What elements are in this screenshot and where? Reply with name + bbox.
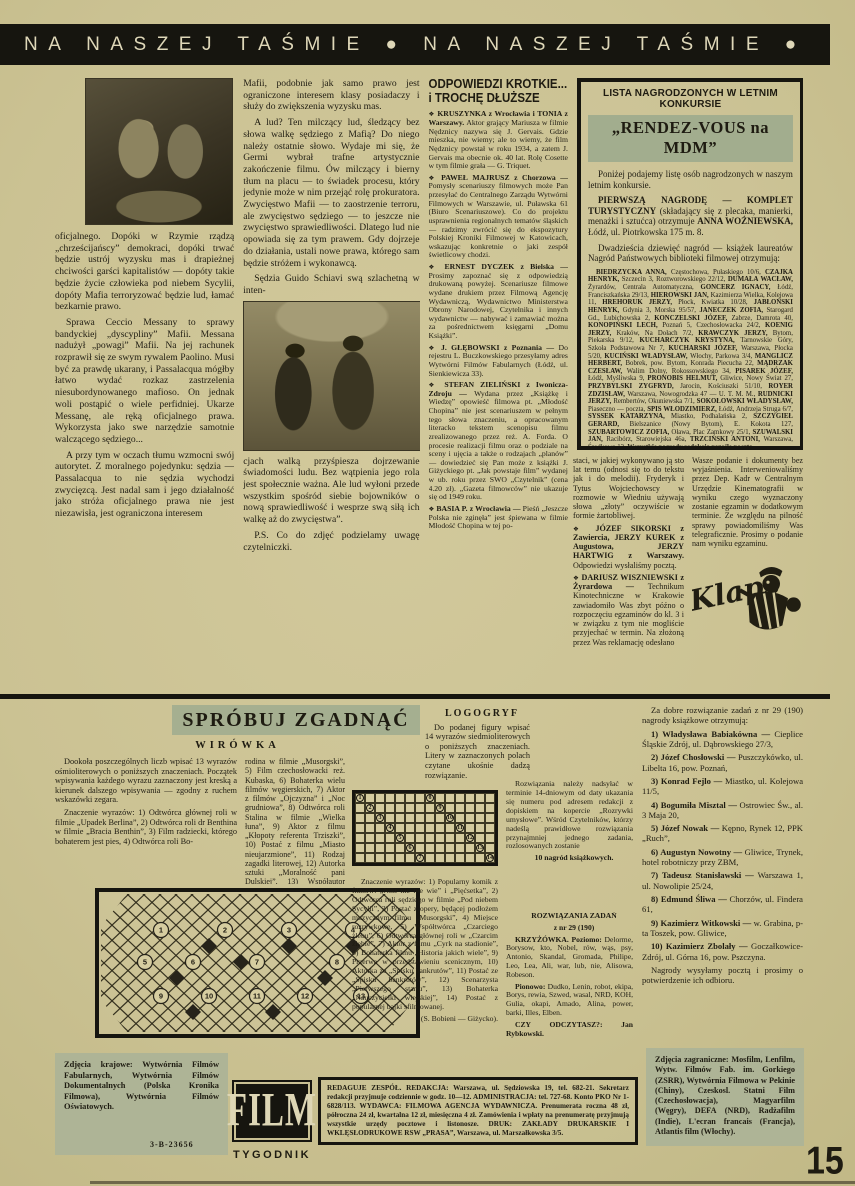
logogryf-cell [435,853,445,863]
answer-reader-name: KRUSZYNKA z Wrocławia i TONIA z Warszawy… [429,109,568,127]
klaps-stamp-illustration: Klaps [692,553,803,645]
logogryf-clues: Znaczenie wyrazów: 1) Popularny komik z … [352,878,498,1044]
logogryf-cell [375,793,385,803]
logogryf-cell [375,843,385,853]
answer-bullet-icon: ❖ [429,264,445,271]
puzzle-winner: 5) Józef Nowak — Kępno, Rynek 12, PPK „R… [642,823,803,844]
logogryf-cell: 8 [425,793,435,803]
logogryf-cell-number: 14 [486,854,494,862]
logogryf-cell [445,803,455,813]
logogryf-cell [415,833,425,843]
logogryf-cell: 9 [435,803,445,813]
puzzle-winner-name: 7) Tadeusz Stanisławski — [651,870,758,880]
logogryf-cell [455,813,465,823]
logogryf-cell [465,843,475,853]
puzzle-winner: 2) Józef Chosłowski — Puszczykówko, ul. … [642,752,803,773]
logogryf-cell [425,853,435,863]
answer-bullet-icon: ❖ [573,526,596,533]
logogryf-cell [415,793,425,803]
logogryf-cell-number: 6 [406,844,414,852]
logogryf-cell [485,803,495,813]
logogryf-cell [395,803,405,813]
logogryf-cell-number: 4 [386,824,394,832]
logogryf-cell [455,793,465,803]
puzzle-winner: 7) Tadeusz Stanisławski — Warszawa 1, ul… [642,870,803,891]
logogryf-cell-number: 12 [466,834,474,842]
logogryf-cell: 13 [475,843,485,853]
logogryf-cell-number: 2 [366,804,374,812]
logogryf-cell: 1 [355,793,365,803]
logogryf-cell [475,823,485,833]
logogryf-cell: 12 [465,833,475,843]
film-masthead: FILM TYGODNIK [232,1080,312,1161]
logogryf-cell [365,833,375,843]
article-paragraph: P.S. Co do zdjęć podzielamy uwagę czytel… [243,530,419,553]
winner-name: GONCERZ IGNACY, [701,284,778,291]
logogryf-cell [385,853,395,863]
logogryf-cell [435,843,445,853]
logogryf-cell [425,843,435,853]
logogryf-cell [365,843,375,853]
logogryf-cell: 3 [375,813,385,823]
contest-box-title: LISTA NAGRODZONYCH W LETNIM KONKURSIE [588,88,793,110]
logogryf-title: LOGOGRYF [425,708,530,720]
logogryf-cell [445,833,455,843]
logogryf-cell-number: 11 [456,824,464,832]
svg-text:12: 12 [301,992,309,1001]
logogryf-author: (S. Bobieni — Giżycko). [352,1015,498,1024]
svg-text:10: 10 [205,992,213,1001]
logogryf-cell [375,853,385,863]
logogryf-cell [445,793,455,803]
svg-text:7: 7 [255,958,259,967]
answer-reader-name: BASIA P. z Wrocławia — [436,504,522,513]
wirowka-instructions: Dookoła poszczególnych liczb wpisać 13 w… [55,757,237,884]
answer-bullet-icon: ❖ [429,175,442,182]
logogryf-cell [355,853,365,863]
logogryf-cell [475,833,485,843]
answers-column: ODPOWIEDZI KRÓTKIE... i TROCHĘ DŁUŻSZE ❖… [429,78,568,692]
logogryf-cell: 2 [365,803,375,813]
answer-item: ❖ JÓZEF SIKORSKI z Zawiercia, JERZY KURE… [573,524,684,570]
logogryf-cell [385,843,395,853]
logogryf-cell [385,803,395,813]
svg-text:1: 1 [159,926,163,935]
winner-name: KONOPIŃSKI LECH, [588,322,662,329]
answer-item: staci, w jakiej wykonywano ją sto lat te… [573,456,684,521]
logogryf-cell-number: 5 [396,834,404,842]
logogryf-cell [425,803,435,813]
logogryf-cell: 10 [445,813,455,823]
logogryf-cell [375,823,385,833]
logogryf-cell [485,823,495,833]
logogryf-cell: 14 [485,853,495,863]
logogryf-cell [475,803,485,813]
puzzle-winner: 8) Edmund Śliwa — Chorzów, ul. Findera 6… [642,894,803,915]
logogryf-cell [485,813,495,823]
puzzle-winners-intro: Za dobre rozwiązanie zadań z nr 29 (190)… [642,705,803,726]
winner-name: PRZYBYLSKI ZYGFRYD, [588,383,680,390]
logogryf-cell [425,833,435,843]
contest-first-prize: PIERWSZĄ NAGRODĘ — KOMPLET TURYSTYCZNY (… [588,195,793,237]
answers-continuation: staci, w jakiej wykonywano ją sto lat te… [573,456,803,692]
svg-text:5: 5 [143,958,147,967]
solutions-column: ROZWIĄZANIA ZADAŃ z nr 29 (190) KRZYŻÓWK… [506,912,633,1045]
logogryf-cell [425,823,435,833]
winner-name: SOKOŁOWSKI WŁADYSŁAW, [697,398,793,405]
magazine-page: NA NASZEJ TAŚMIE ● NA NASZEJ TAŚMIE ● of… [0,0,855,1186]
contest-winners-list: BIEDRZYCKA ANNA, Częstochowa, Pułaskiego… [588,269,793,450]
answer-reader-name: DARIUSZ WISZNIEWSKI z Żyrardowa — [573,573,684,591]
logogryf-cell-number: 13 [476,844,484,852]
svg-text:3: 3 [287,926,291,935]
page-number: 15 [806,1139,844,1184]
article-paragraph: cjach walką przyśpiesza dojrzewanie świa… [243,456,419,526]
svg-text:9: 9 [159,992,163,1001]
logogryf-cell [475,853,485,863]
solution-czy-odczytasz: CZY ODCZYTASZ?: Jan Rybkowski. [506,1021,633,1039]
logogryf-cell [365,853,375,863]
logogryf-cell-number: 1 [356,794,364,802]
logogryf-cell [355,813,365,823]
logogryf-cell [405,793,415,803]
winner-name: KUCHARSKI JÓZEF, [669,345,742,352]
puzzle-winner: 3) Konrad Fejlo — Miastko, ul. Kolejowa … [642,776,803,797]
photo-film-scene-cafe [85,78,233,225]
solutions-subtitle: z nr 29 (190) [506,924,633,933]
logogryf-cell [385,813,395,823]
wirowka-clues-part1: Znaczenie wyrazów: 1) Odtwórca głównej r… [55,808,237,846]
winner-name: KONCZELSKI JÓZEF, [654,315,731,322]
logogryf-grid: 1829310411512613714 [355,793,495,863]
logogryf-cell [405,833,415,843]
logogryf-cell [355,823,365,833]
logogryf-cell [485,833,495,843]
logogryf-cell-number: 3 [376,814,384,822]
wirowka-title: WIRÓWKA [55,740,420,751]
logogryf-cell: 4 [385,823,395,833]
logogryf-cell [355,843,365,853]
logogryf-cell [365,813,375,823]
article-paragraph: A przy tym w oczach tłumu wzmocni swój a… [55,450,234,520]
article-paragraph: oficjalnego. Dopóki w Rzymie rządzą „chr… [55,231,234,313]
article-paragraph: Sędzia Guido Schiavi swą szlachetną w in… [243,273,419,296]
contest-highlight-title: „RENDEZ-VOUS na MDM” [588,115,793,162]
logogryf-cell [455,803,465,813]
winner-name: HREHORUK JERZY, [602,299,678,306]
logogryf-cell [415,813,425,823]
logogryf-cell [465,823,475,833]
logogryf-cell [375,803,385,813]
foreign-photos-credit-box: Zdjęcia zagraniczne: Mosfilm, Lenfilm, W… [646,1048,804,1146]
puzzle-winner-name: 4) Bogumiła Misztal — [651,800,740,810]
logogryf-cell: 6 [405,843,415,853]
logogryf-header: LOGOGRYF Do podanej figury wpisać 14 wyr… [425,708,530,786]
logogryf-cell [375,833,385,843]
logogryf-cell-number: 7 [416,854,424,862]
article-paragraph: A lud? Ten milczący lud, śledzący bez sł… [243,117,419,269]
logogryf-cell [435,823,445,833]
puzzle-winner-name: 6) Augustyn Nowotny — [651,847,745,857]
puzzle-winners-column: Za dobre rozwiązanie zadań z nr 29 (190)… [642,705,803,1049]
puzzle-winner-name: 9) Kazimierz Witkowski — [651,918,754,928]
puzzle-winner-name: 1) Władysława Babiakówna — [651,729,774,739]
puzzle-winner-name: 2) Józef Chosłowski — [651,752,738,762]
answer-item: ❖ J. GŁĘBOWSKI z Poznania — Do rejestru … [429,344,568,379]
article-column-1: oficjalnego. Dopóki w Rzymie rządzą „chr… [55,78,234,692]
answer-reader-name: STEFAN ZIELIŃSKI z Iwonicza-Zdroju — [429,380,568,398]
logogryf-cell [455,833,465,843]
logogryf-cell [475,793,485,803]
logogryf-cell [405,803,415,813]
logogryf-cell: 7 [415,853,425,863]
puzzle-winner: 9) Kazimierz Witkowski — w. Grabina, p-t… [642,918,803,939]
winner-name: SZUBARTOWICZ ZOFIA, [588,429,671,436]
answers-list: ❖ KRUSZYNKA z Wrocławia i TONIA z Warsza… [429,110,568,530]
logogryf-cell [395,853,405,863]
answer-item: ❖ PAWEŁ MAJRUSZ z Chorzowa — Pomysły sce… [429,174,568,260]
winner-name: DUMAŁA WACŁAW, [728,276,793,283]
puzzle-winner-name: 3) Konrad Fejlo — [651,776,725,786]
photo-film-scene-two-men [243,301,419,451]
logogryf-cell [415,823,425,833]
logogryf-cell [465,793,475,803]
winner-name: PISAREK JÓZEF, [735,368,793,375]
answer-item: ❖ BASIA P. z Wrocławia — Pieśń „Jeszcze … [429,505,568,531]
logogryf-cell [405,823,415,833]
answer-item: ❖ KRUSZYNKA z Wrocławia i TONIA z Warsza… [429,110,568,170]
winner-name: SYSSEK KATARZYNA, [588,413,671,420]
wirowka-clues-part2: rodina w filmie „Musorgski”, 5) Film cze… [245,757,345,884]
puzzle-winner-name: 8) Edmund Śliwa — [651,894,729,904]
film-logo-box: FILM [232,1080,312,1142]
contest-intro: Poniżej podajemy listę osób nagrodzonych… [588,169,793,190]
puzzle-winner: 4) Bogumiła Misztal — Ostrowiec Św., al.… [642,800,803,821]
logogryf-cell [405,853,415,863]
editorial-info-box: REDAGUJE ZESPÓŁ. REDAKCJA: Warszawa, ul.… [318,1077,638,1145]
puzzle-winners-list: 1) Władysława Babiakówna — Cieplice Śląs… [642,729,803,962]
article-paragraph: Mafii, podobnie jak samo prawo jest ogra… [243,78,419,113]
logogryf-cell [445,853,455,863]
puzzle-winner: 1) Władysława Babiakówna — Cieplice Śląs… [642,729,803,750]
logogryf-cell [465,813,475,823]
answer-item: Wasze podanie i dokumenty bez wyjaśnieni… [692,456,803,548]
contest-closing: Wszystkie nagrody redakcja prześle poczt… [627,444,754,450]
logogryf-cell [395,793,405,803]
logogryf-cell [395,813,405,823]
logogryf-cell: 11 [455,823,465,833]
continuation-left-column: staci, w jakiej wykonywano ją sto lat te… [573,456,684,692]
answer-item: ❖ ERNEST DYCZEK z Bielska — Prosimy zapo… [429,263,568,341]
continuation-right-column: Wasze podanie i dokumenty bez wyjaśnieni… [692,456,803,692]
logogryf-diagram-box: 1829310411512613714 [352,790,498,866]
logogryf-cell-number: 8 [426,794,434,802]
answer-reader-name: ERNEST DYCZEK z Bielska — [445,262,568,271]
winner-name: JANECZEK ZOFIA, [699,307,766,314]
winner-name: BIEDRZYCKA ANNA, [596,269,671,276]
section-divider-rule [0,694,830,699]
logogryf-cell [445,843,455,853]
domestic-photos-credit-box: Zdjęcia krajowe: Wytwórnia Filmów Fabula… [55,1053,228,1155]
logogryf-cell [435,793,445,803]
winner-name: KUCHARCZYK KRYSTYNA, [640,337,741,344]
article-paragraph: Sprawa Ceccio Messany to sprawy bandycki… [55,317,234,446]
logogryf-cell [365,823,375,833]
puzzle-winner-name: 5) Józef Nowak — [651,823,722,833]
logogryf-cell [385,793,395,803]
film-logo-text: FILM [227,1084,317,1138]
answer-bullet-icon: ❖ [429,345,441,352]
solutions-title: ROZWIĄZANIA ZADAŃ [506,912,633,921]
logogryf-cell [395,823,405,833]
logogryf-cell [365,793,375,803]
svg-text:2: 2 [223,926,227,935]
puzzle-winner-name: 10) Kazimierz Zbolały — [651,941,751,951]
prize-note: 10 nagród książkowych. [506,854,633,863]
answer-reader-name: PAWEŁ MAJRUSZ z Chorzowa — [441,173,568,182]
puzzle-winner: 6) Augustyn Nowotny — Gliwice, Trynek, h… [642,847,803,868]
solution-krzyzowka-poziomo: KRZYŻÓWKA. Poziomo: Delorme, Borysow, kt… [506,936,633,980]
logogryf-cell: 5 [395,833,405,843]
logogryf-cell [455,843,465,853]
logogryf-cell [385,833,395,843]
print-code: 3-B-23656 [150,1140,194,1149]
article-column-2: Mafii, podobnie jak samo prawo jest ogra… [243,78,419,692]
answer-item: ❖ STEFAN ZIELIŃSKI z Iwonicza-Zdroju — W… [429,381,568,502]
logogryf-cell [415,803,425,813]
logogryf-cell [355,833,365,843]
film-logo-subtitle: TYGODNIK [232,1149,312,1161]
logogryf-cell [455,853,465,863]
contest-box: LISTA NAGRODZONYCH W LETNIM KONKURSIE „R… [577,78,803,450]
logogryf-cell [465,853,475,863]
winner-name: SPIS WŁODZIMIERZ, [647,406,719,413]
logogryf-cell [465,803,475,813]
puzzle-section-title: SPRÓBUJ ZGADNĄĆ [172,705,420,735]
answer-reader-name: J. GŁĘBOWSKI z Poznania — [441,343,559,352]
logogryf-cell [435,833,445,843]
svg-text:6: 6 [191,958,195,967]
answer-item: ❖ DARIUSZ WISZNIEWSKI z Żyrardowa — Tech… [573,573,684,647]
winner-name: PRONOBIS HELMUT, [647,375,720,382]
logogryf-cell [485,793,495,803]
logogryf-cell [425,813,435,823]
logogryf-cell [405,813,415,823]
winner-name: TRZCIŃSKI ANTONI, [690,436,764,443]
winner-name: HIEROWSKI JAN, [651,292,711,299]
logogryf-cell [445,823,455,833]
winner-name: KUCIŃSKI WŁADYSŁAW, [604,353,690,360]
logogryf-cell-number: 10 [446,814,454,822]
logogryf-cell [415,843,425,853]
logogryf-cell [435,813,445,823]
winner-name: KRAWCZYK JERZY, [698,330,772,337]
page-header-title: NA NASZEJ TAŚMIE ● NA NASZEJ TAŚMIE ● [24,34,807,55]
submission-note: Rozwiązania należy nadsyłać w terminie 1… [506,780,633,908]
contest-prizes-intro: Dwadzieścia dziewięć nagród — książek la… [588,243,793,264]
logogryf-cell [395,843,405,853]
puzzle-winner: 10) Kazimierz Zbolały — Goczałkowice-Zdr… [642,941,803,962]
logogryf-cell [355,803,365,813]
puzzle-winners-closing: Nagrody wysyłamy pocztą i prosimy o potw… [642,965,803,986]
page-header-band: NA NASZEJ TAŚMIE ● NA NASZEJ TAŚMIE ● [0,24,830,65]
answers-title: ODPOWIEDZI KRÓTKIE... i TROCHĘ DŁUŻSZE [429,78,568,107]
svg-text:8: 8 [335,958,339,967]
page-bottom-edge [90,1181,855,1184]
logogryf-cell [485,843,495,853]
logogryf-cell-number: 9 [436,804,444,812]
solution-krzyzowka-pionowo: Pionowo: Dudko, Lenin, robot, ekipa, Bor… [506,983,633,1018]
logogryf-cell [475,813,485,823]
logogryf-intro: Do podanej figury wpisać 14 wyrazów sied… [425,723,530,781]
svg-text:11: 11 [253,992,261,1001]
